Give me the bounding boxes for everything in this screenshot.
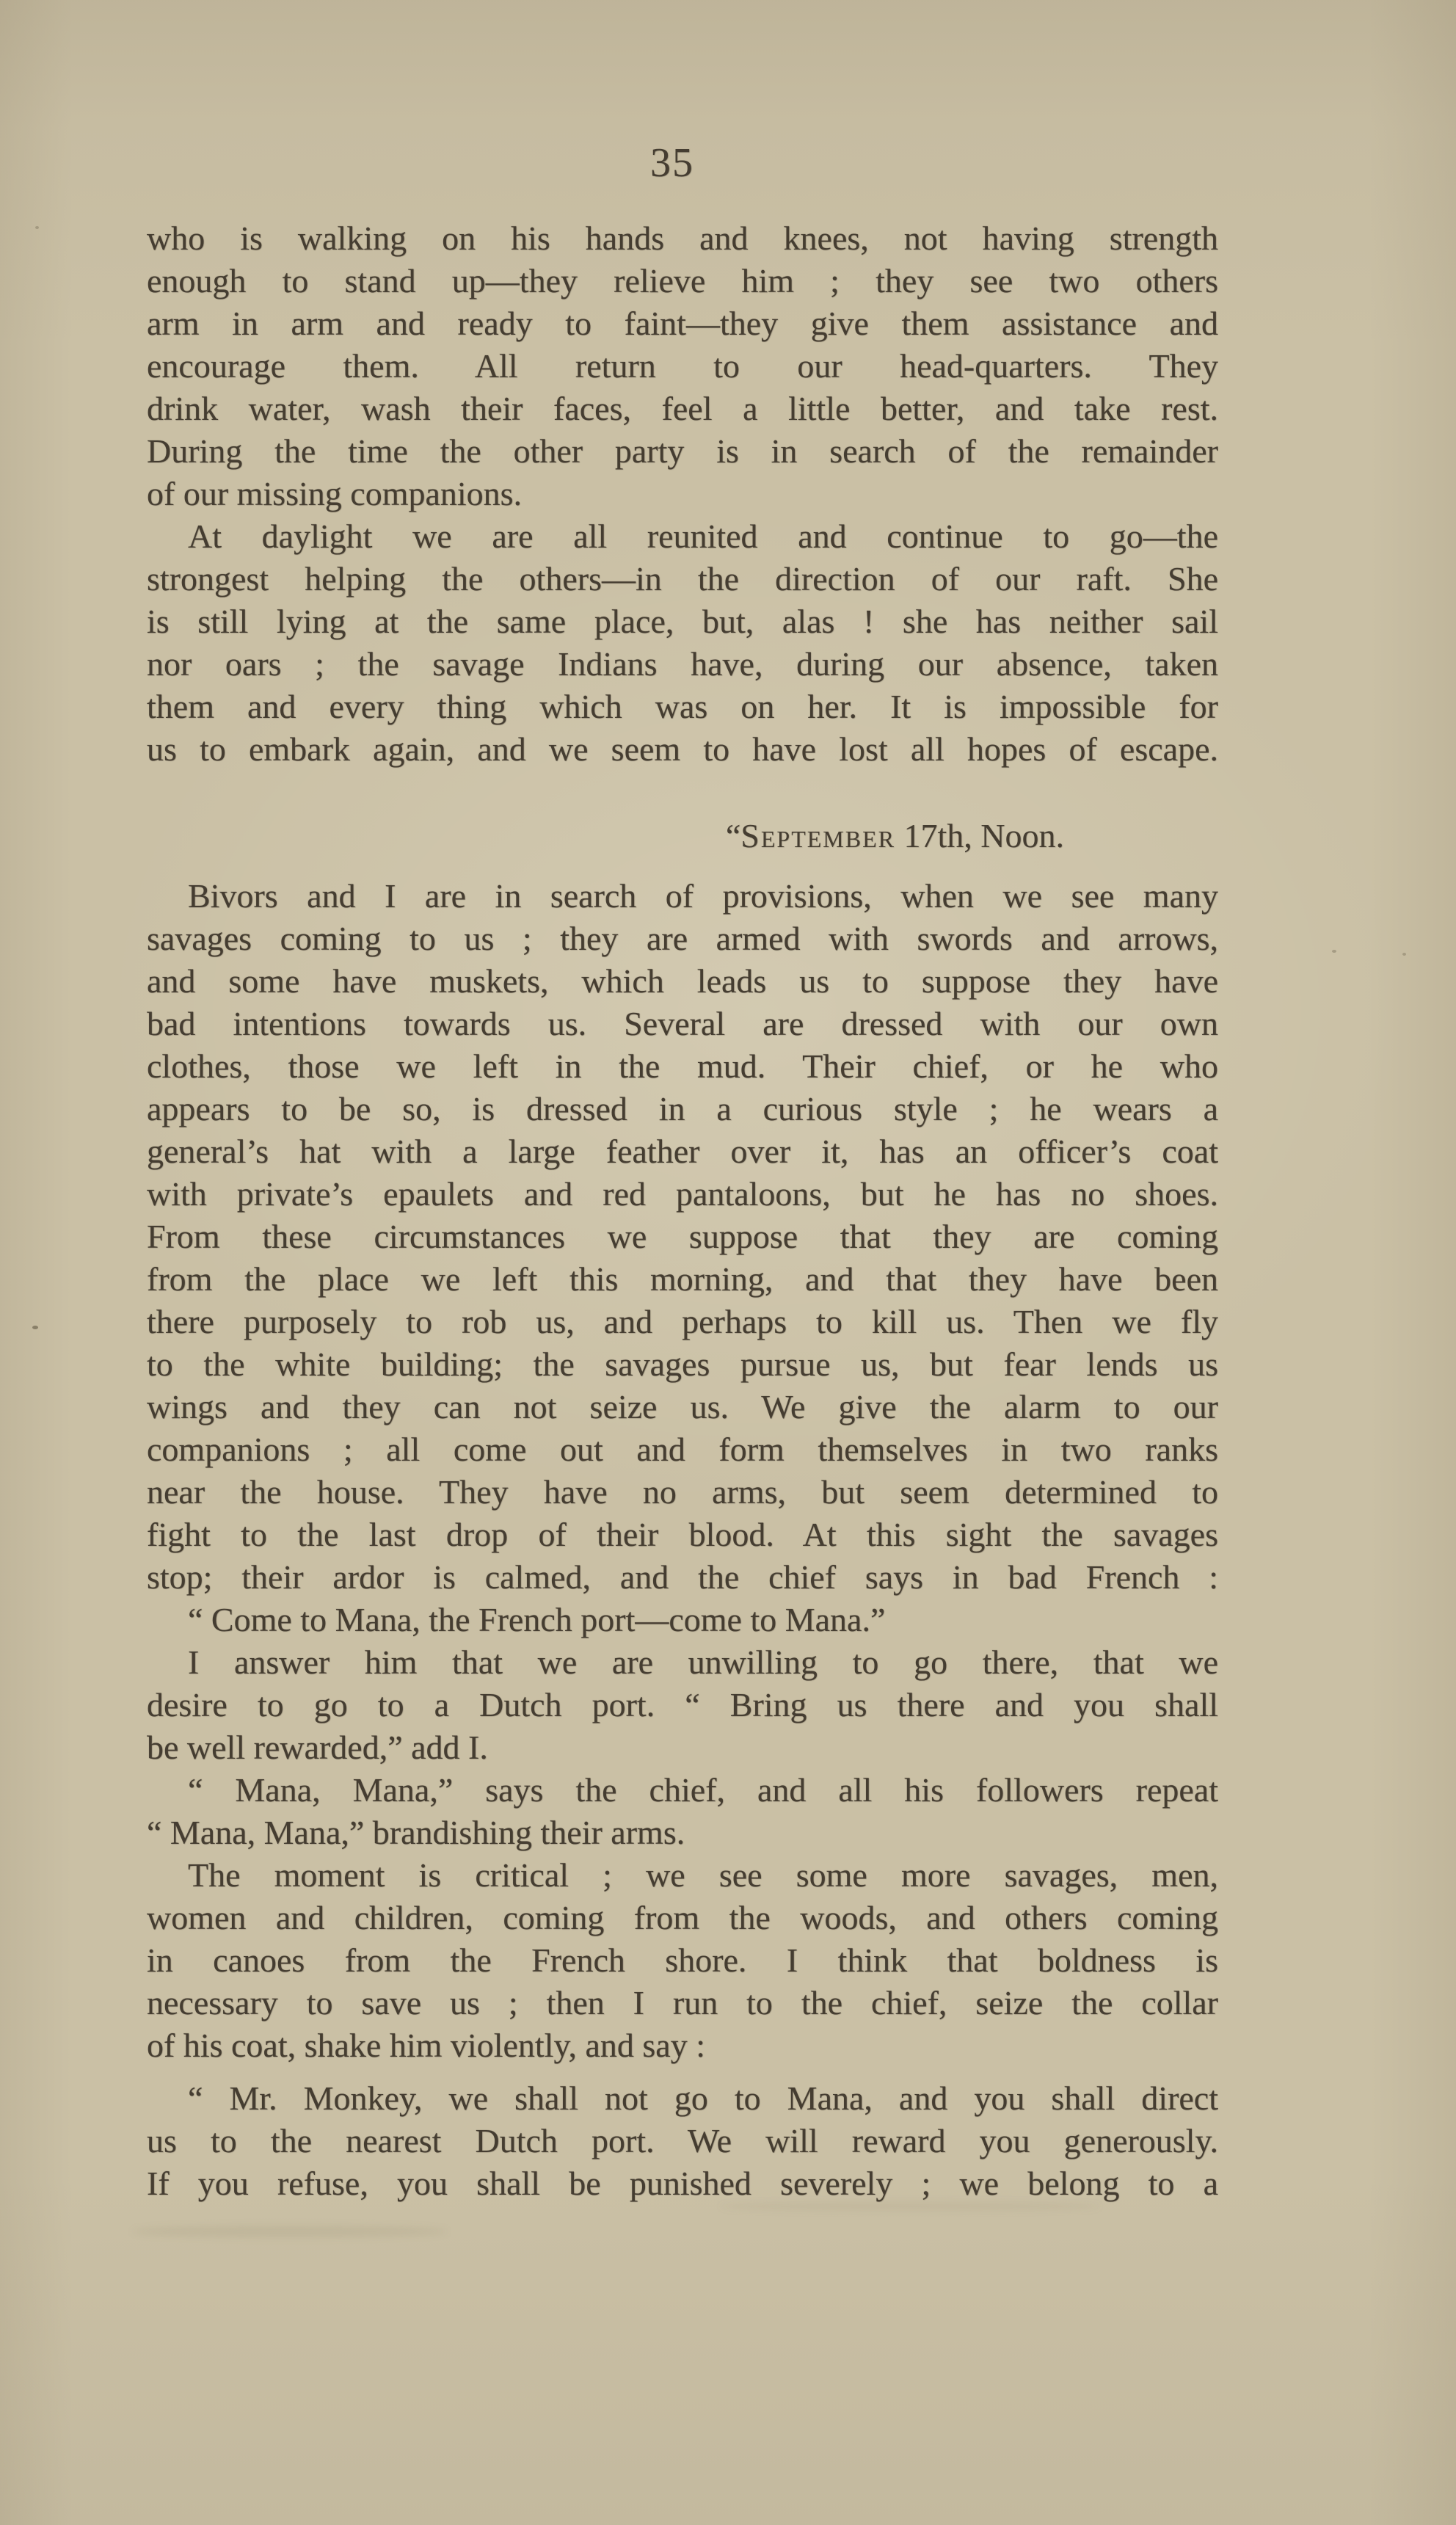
text-line: encourage them. All return to our head-q… [147, 345, 1218, 388]
paragraph: who is walking on his hands and knees, n… [147, 217, 1218, 515]
paragraph: Bivors and I are in search of provisions… [147, 875, 1218, 1599]
text-line: is still lying at the same place, but, a… [147, 600, 1218, 643]
text-line: near the house. They have no arms, but s… [147, 1471, 1218, 1514]
paper-speck [1332, 950, 1336, 953]
opening-quote: “ [726, 817, 740, 854]
text-line: During the time the other party is in se… [147, 430, 1218, 473]
text-line: us to embark again, and we seem to have … [147, 728, 1218, 771]
paper-speck [35, 226, 39, 229]
text-line: Bivors and I are in search of provisions… [147, 875, 1218, 918]
paragraph: I answer him that we are unwilling to go… [147, 1641, 1218, 1769]
text-line: strongest helping the others—in the dire… [147, 558, 1218, 600]
text-column: who is walking on his hands and knees, n… [147, 217, 1218, 2205]
paper-speck [1402, 953, 1406, 956]
paragraph: The moment is critical ; we see some mor… [147, 1854, 1218, 2067]
text-line: of our missing companions. [147, 473, 1218, 515]
text-line: general’s hat with a large feather over … [147, 1130, 1218, 1173]
text-line: be well rewarded,” add I. [147, 1726, 1218, 1769]
paragraph: At daylight we are all reunited and cont… [147, 515, 1218, 771]
text-line: us to the nearest Dutch port. We will re… [147, 2120, 1218, 2162]
text-line: The moment is critical ; we see some mor… [147, 1854, 1218, 1897]
text-line: necessary to save us ; then I run to the… [147, 1982, 1218, 2024]
text-line: fight to the last drop of their blood. A… [147, 1514, 1218, 1556]
text-line: “ Come to Mana, the French port—come to … [147, 1599, 1218, 1641]
text-line: From these circumstances we suppose that… [147, 1216, 1218, 1258]
text-line: companions ; all come out and form thems… [147, 1428, 1218, 1471]
text-line: of his coat, shake him violently, and sa… [147, 2024, 1218, 2067]
text-line: them and every thing which was on her. I… [147, 686, 1218, 728]
text-line: wings and they can not seize us. We give… [147, 1386, 1218, 1428]
text-line: stop; their ardor is calmed, and the chi… [147, 1556, 1218, 1599]
page-number: 35 [136, 141, 1208, 185]
text-line: “ Mana, Mana,” says the chief, and all h… [147, 1769, 1218, 1812]
paragraph: “ Come to Mana, the French port—come to … [147, 1599, 1218, 1641]
text-line: desire to go to a Dutch port. “ Bring us… [147, 1684, 1218, 1726]
text-line: arm in arm and ready to faint—they give … [147, 302, 1218, 345]
paper-smudge [719, 2202, 1101, 2211]
paragraph: “ Mana, Mana,” says the chief, and all h… [147, 1769, 1218, 1854]
text-line: “ Mr. Monkey, we shall not go to Mana, a… [147, 2077, 1218, 2120]
text-line: At daylight we are all reunited and cont… [147, 515, 1218, 558]
dateline-heading: “September 17th, Noon. [147, 815, 1218, 857]
paper-smudge [132, 2226, 448, 2237]
paper-speck [32, 1326, 38, 1329]
text-line: If you refuse, you shall be punished sev… [147, 2162, 1218, 2205]
text-line: there purposely to rob us, and perhaps t… [147, 1301, 1218, 1343]
text-line: “ Mana, Mana,” brandishing their arms. [147, 1812, 1218, 1854]
text-line: clothes, those we left in the mud. Their… [147, 1045, 1218, 1088]
text-line: savages coming to us ; they are armed wi… [147, 918, 1218, 960]
text-line: with private’s epaulets and red pantaloo… [147, 1173, 1218, 1216]
text-line: and some have muskets, which leads us to… [147, 960, 1218, 1003]
dateline-rest: 17th, Noon. [895, 817, 1064, 854]
text-line: I answer him that we are unwilling to go… [147, 1641, 1218, 1684]
text-line: in canoes from the French shore. I think… [147, 1939, 1218, 1982]
text-line: to the white building; the savages pursu… [147, 1343, 1218, 1386]
text-line: enough to stand up—they relieve him ; th… [147, 260, 1218, 302]
text-line: nor oars ; the savage Indians have, duri… [147, 643, 1218, 686]
text-line: drink water, wash their faces, feel a li… [147, 388, 1218, 430]
paragraph: “ Mr. Monkey, we shall not go to Mana, a… [147, 2077, 1218, 2205]
text-line: women and children, coming from the wood… [147, 1897, 1218, 1939]
text-line: bad intentions towards us. Several are d… [147, 1003, 1218, 1045]
text-line: who is walking on his hands and knees, n… [147, 217, 1218, 260]
book-page: 35 who is walking on his hands and knees… [0, 0, 1456, 2525]
text-line: appears to be so, is dressed in a curiou… [147, 1088, 1218, 1130]
dateline-month-smallcaps: September [740, 817, 895, 854]
text-line: from the place we left this morning, and… [147, 1258, 1218, 1301]
